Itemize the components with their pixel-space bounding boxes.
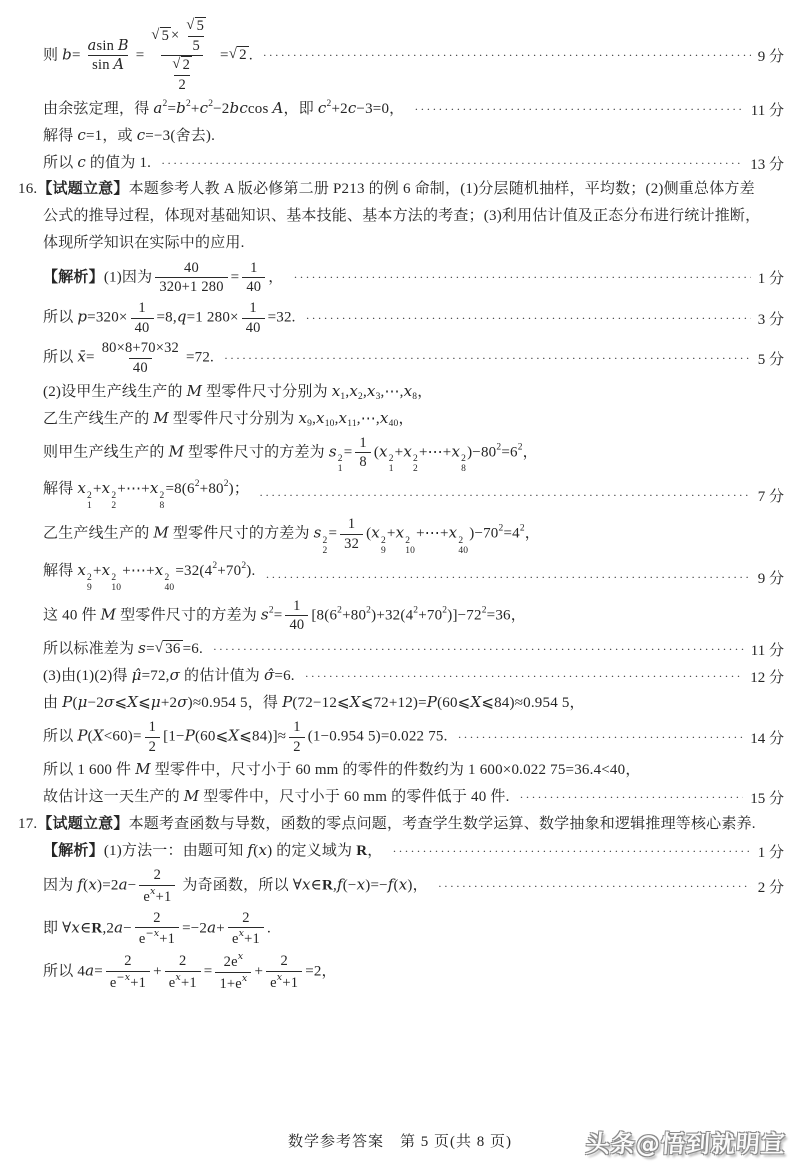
q16-step-estimates: (3)由(1)(2)得 μ̂=72,σ 的估计值为 σ̂=6.·········… [43, 665, 784, 688]
fraction: 140 [242, 300, 265, 336]
dot-leader: ········································… [438, 879, 751, 894]
fraction: 12 [145, 719, 160, 755]
fraction: 2ex+1 [266, 953, 302, 991]
dot-leader: ········································… [293, 270, 750, 285]
dot-leader: ········································… [213, 642, 744, 657]
fraction: 12 [289, 719, 304, 755]
dot-leader: ········································… [305, 669, 744, 684]
square-root: √2 [229, 47, 249, 63]
sub-sup-stack: 240 [164, 574, 174, 594]
line-content: 解得 x21+x22+⋯+x28=8(62+802)； [43, 479, 249, 512]
q16-step-prob-less-60: 所以 P(X<60)=12[1−P(60⩽X⩽84)]≈12(1−0.954 5… [43, 719, 784, 755]
fraction: 2e−x+1 [135, 910, 179, 948]
score-marker: 13 分 [750, 153, 784, 174]
fraction: 2ex+1 [165, 953, 201, 991]
line-content: 乙生产线生产的 M 型零件尺寸的方差为 s22=132(x29+x210+⋯+x… [43, 516, 540, 557]
q16-step-define-jia: (2)设甲生产线生产的 M 型零件尺寸分别为 x1,x2,x3,⋯,x8， [43, 381, 784, 404]
dot-leader: ········································… [265, 570, 750, 585]
sub-sup-stack: 21 [338, 455, 343, 475]
fraction: 2ex+1 [228, 910, 264, 948]
q16-step-sum-yi: 解得 x29+x210+⋯+x240=32(42+702).··········… [43, 561, 784, 594]
sub-sup-stack: 28 [461, 455, 466, 475]
q17-intent-line: 17.【试题立意】本题考查函数与导数，函数的零点问题，考查学生数学运算、数学抽象… [18, 813, 784, 836]
line-content: 由 P(μ−2σ⩽X⩽μ+2σ)≈0.954 5，得 P(72−12⩽X⩽72+… [43, 693, 585, 714]
q15-step-solve-c: 解得 c=1，或 c=−3(舍去). [43, 125, 784, 148]
line-content: 即 ∀x∈R,2a−2e−x+1=−2a+2ex+1. [43, 910, 271, 948]
score-marker: 1 分 [758, 267, 784, 288]
line-content: 16.【试题立意】本题参考人教 A 版必修第二册 P213 的例 6 命制，(1… [18, 180, 755, 200]
q16-step-normal-interval: 由 P(μ−2σ⩽X⩽μ+2σ)≈0.954 5，得 P(72−12⩽X⩽72+… [43, 692, 784, 715]
sub-sup-stack: 22 [413, 455, 418, 475]
q17-step-4a: 所以 4a=2e−x+1+2ex+1=2ex1+ex+2ex+1=2， [43, 952, 784, 992]
q15-step-b-value: 则 b=asin Bsin A=√5×√55√22=√2.···········… [43, 18, 784, 94]
page-footer: 数学参考答案 第 5 页(共 8 页) 头条@悟到就明宣 [0, 1122, 800, 1162]
square-root: √5 [151, 28, 171, 44]
line-content: 公式的推导过程，体现对基础知识、基本技能、基本方法的考查；(3)利用估计值及正态… [43, 207, 760, 227]
line-content: 解得 x29+x210+⋯+x240=32(42+702). [43, 561, 255, 594]
line-content: 所以 4a=2e−x+1+2ex+1=2ex1+ex+2ex+1=2， [43, 952, 337, 992]
sub-sup-stack: 210 [111, 574, 121, 594]
sub-sup-stack: 22 [111, 492, 116, 512]
dot-leader: ········································… [259, 488, 751, 503]
answer-sheet-page: 则 b=asin Bsin A=√5×√55√22=√2.···········… [0, 0, 800, 992]
score-marker: 12 分 [750, 666, 784, 687]
sub-sup-stack: 21 [87, 492, 92, 512]
fraction: 140 [131, 300, 154, 336]
square-root: √2 [172, 57, 192, 73]
dot-leader: ········································… [414, 102, 743, 117]
sub-sup-stack: 21 [389, 455, 394, 475]
score-marker: 15 分 [750, 787, 784, 808]
fraction: 2ex1+ex [215, 952, 251, 992]
fraction: 132 [340, 516, 363, 552]
line-content: 所以标准差为 s=√36=6. [43, 639, 203, 660]
dot-leader: ········································… [306, 311, 751, 326]
line-content: 由余弦定理，得 a2=b2+c2−2bccos A，即 c2+2c−3=0， [43, 99, 404, 120]
q16-step-ratio: 【解析】(1)因为40320+1 280=140，···············… [43, 260, 784, 296]
line-content: 所以 c 的值为 1. [43, 153, 151, 174]
sub-sup-stack: 22 [323, 537, 328, 557]
fraction: 40320+1 280 [155, 260, 227, 296]
fraction: 80×8+70×3240 [98, 340, 183, 376]
q17-step-domain: 【解析】(1)方法一：由题可知 f(x) 的定义域为 R，···········… [43, 840, 784, 863]
line-content: 17.【试题立意】本题考查函数与导数，函数的零点问题，考查学生数学运算、数学抽象… [18, 815, 756, 835]
q16-step-count: 所以 1 600 件 M 型零件中，尺寸小于 60 mm 的零件的件数约为 1 … [43, 759, 784, 782]
q16-step-conclusion: 故估计这一天生产的 M 型零件中，尺寸小于 60 mm 的零件低于 40 件.·… [43, 786, 784, 809]
line-content: 所以 P(X<60)=12[1−P(60⩽X⩽84)]≈12(1−0.954 5… [43, 719, 448, 755]
q16-step-mean: 所以 x̄=80×8+70×3240=72.··················… [43, 340, 784, 376]
line-content: (2)设甲生产线生产的 M 型零件尺寸分别为 x1,x2,x3,⋯,x8， [43, 382, 432, 403]
q16-step-var-jia: 则甲生产线生产的 M 型零件尺寸的方差为 s21=18(x21+x22+⋯+x2… [43, 435, 784, 476]
score-marker: 5 分 [758, 348, 784, 369]
line-content: 【解析】(1)方法一：由题可知 f(x) 的定义域为 R， [43, 841, 382, 862]
fraction: 140 [285, 598, 308, 634]
q16-intent-line-3: 体现所学知识在实际中的应用. [43, 233, 784, 256]
q16-step-define-yi: 乙生产线生产的 M 型零件尺寸分别为 x9,x10,x11,⋯,x40， [43, 408, 784, 431]
q15-step-conclusion: 所以 c 的值为 1.·····························… [43, 152, 784, 175]
line-content: 这 40 件 M 型零件尺寸的方差为 s2=140[8(62+802)+32(4… [43, 598, 526, 634]
line-content: 则 b=asin Bsin A=√5×√55√22=√2. [43, 18, 253, 94]
score-marker: 9 分 [758, 567, 784, 588]
line-content: 解得 c=1，或 c=−3(舍去). [43, 126, 215, 147]
score-marker: 1 分 [758, 841, 784, 862]
score-marker: 3 分 [758, 308, 784, 329]
watermark: 头条@悟到就明宣 [585, 1124, 787, 1159]
score-marker: 11 分 [751, 99, 784, 120]
score-marker: 9 分 [758, 45, 784, 66]
fraction: 2ex+1 [139, 867, 175, 905]
q16-step-sum-jia: 解得 x21+x22+⋯+x28=8(62+802)；·············… [43, 479, 784, 512]
dot-leader: ········································… [161, 156, 743, 171]
line-content: 乙生产线生产的 M 型零件尺寸分别为 x9,x10,x11,⋯,x40， [43, 409, 414, 430]
square-root: √5 [186, 18, 206, 34]
q16-intent-line-2: 公式的推导过程，体现对基础知识、基本技能、基本方法的考查；(3)利用估计值及正态… [43, 206, 784, 229]
line-content: 所以 p=320×140=8,q=1 280×140=32. [43, 300, 296, 336]
q16-step-var-total: 这 40 件 M 型零件尺寸的方差为 s2=140[8(62+802)+32(4… [43, 598, 784, 634]
fraction: 2e−x+1 [106, 953, 150, 991]
fraction: √55 [182, 18, 210, 54]
sub-sup-stack: 29 [381, 537, 386, 557]
line-content: 故估计这一天生产的 M 型零件中，尺寸小于 60 mm 的零件低于 40 件. [43, 787, 510, 808]
square-root: √36 [155, 641, 183, 657]
q16-step-var-yi: 乙生产线生产的 M 型零件尺寸的方差为 s22=132(x29+x210+⋯+x… [43, 516, 784, 557]
sub-sup-stack: 240 [458, 537, 468, 557]
q16-intent-line-1: 16.【试题立意】本题参考人教 A 版必修第二册 P213 的例 6 命制，(1… [18, 179, 784, 202]
line-content: 则甲生产线生产的 M 型零件尺寸的方差为 s21=18(x21+x22+⋯+x2… [43, 435, 538, 476]
fraction: asin Bsin A [84, 38, 133, 74]
sub-sup-stack: 210 [405, 537, 415, 557]
dot-leader: ········································… [458, 730, 744, 745]
q15-step-cosine-rule: 由余弦定理，得 a2=b2+c2−2bccos A，即 c2+2c−3=0，··… [43, 98, 784, 121]
line-content: 所以 x̄=80×8+70×3240=72. [43, 340, 214, 376]
line-content: (3)由(1)(2)得 μ̂=72,σ 的估计值为 σ̂=6. [43, 666, 295, 687]
score-marker: 7 分 [758, 485, 784, 506]
sub-sup-stack: 29 [87, 574, 92, 594]
line-content: 所以 1 600 件 M 型零件中，尺寸小于 60 mm 的零件的件数约为 1 … [43, 760, 641, 781]
fraction: 140 [242, 260, 265, 296]
dot-leader: ········································… [392, 844, 750, 859]
q17-step-odd-def: 因为 f(x)=2a−2ex+1 为奇函数，所以 ∀x∈R,f(−x)=−f(x… [43, 867, 784, 905]
q16-step-stddev: 所以标准差为 s=√36=6.·························… [43, 638, 784, 661]
score-marker: 2 分 [758, 876, 784, 897]
score-marker: 11 分 [751, 639, 784, 660]
dot-leader: ········································… [224, 351, 751, 366]
dot-leader: ········································… [520, 790, 744, 805]
dot-leader: ········································… [263, 48, 751, 63]
fraction: 18 [355, 435, 370, 471]
line-content: 体现所学知识在实际中的应用. [43, 234, 245, 254]
score-marker: 14 分 [750, 727, 784, 748]
line-content: 【解析】(1)因为40320+1 280=140， [43, 260, 283, 296]
sub-sup-stack: 28 [159, 492, 164, 512]
fraction: √22 [168, 57, 196, 93]
line-content: 因为 f(x)=2a−2ex+1 为奇函数，所以 ∀x∈R,f(−x)=−f(x… [43, 867, 428, 905]
q16-step-p-q: 所以 p=320×140=8,q=1 280×140=32.··········… [43, 300, 784, 336]
fraction: √5×√55√22 [147, 18, 217, 94]
q17-step-odd-equation: 即 ∀x∈R,2a−2e−x+1=−2a+2ex+1. [43, 910, 784, 948]
